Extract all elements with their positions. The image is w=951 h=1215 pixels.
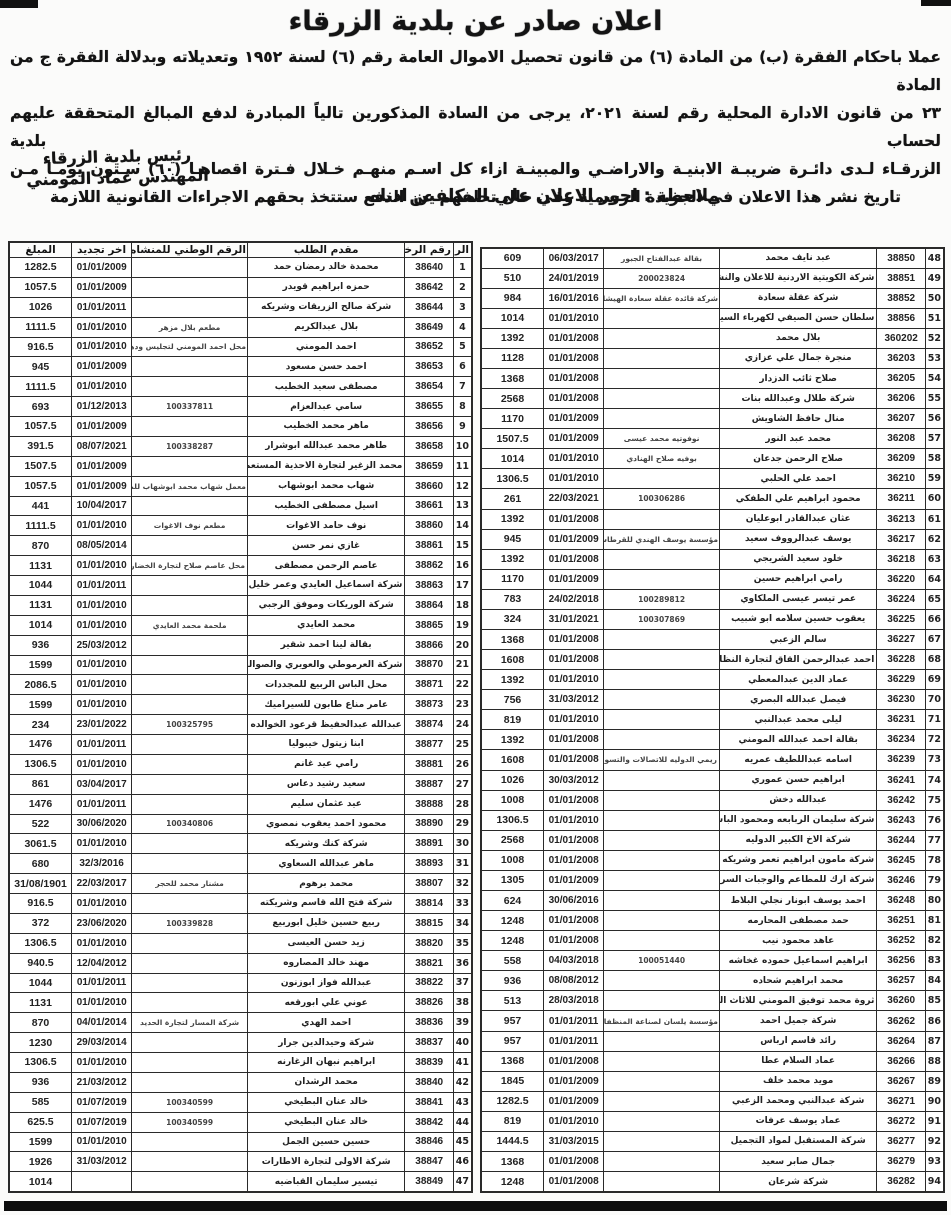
amount-due: 609: [481, 248, 544, 268]
applicant-name: احمد حسن مسعود: [247, 357, 404, 377]
amount-due: 261: [481, 489, 544, 509]
table-row: 7536242عبدالله دخش01/01/20081008: [481, 790, 944, 810]
applicant-name: حمزه ابراهيم قويدر: [247, 277, 404, 297]
amount-due: 1248: [481, 1172, 544, 1192]
applicant-name: محمدة خالد رمضان حمد: [247, 258, 404, 278]
last-renewal-date: 08/05/2014: [72, 536, 132, 556]
table-row: 2438874عبدالله عبدالحفيظ قرعود الخوالده1…: [9, 715, 472, 735]
row-number: 58: [925, 449, 944, 469]
row-number: 27: [453, 774, 472, 794]
last-renewal-date: 01/01/2011: [544, 1031, 604, 1051]
table-row: 838655سامي عبدالعزام10033781101/12/20136…: [9, 397, 472, 417]
applicant-name: ربيع حسين خليل ابوربيع: [247, 913, 404, 933]
last-renewal-date: [72, 1172, 132, 1192]
row-number: 60: [925, 489, 944, 509]
amount-due: 585: [9, 1092, 72, 1112]
taxpayer-tables: الرقم رقم الرخصة مقدم الطلب الرقم الوطني…: [8, 241, 945, 1193]
last-renewal-date: 01/01/2009: [544, 569, 604, 589]
row-number: 82: [925, 931, 944, 951]
applicant-name: عبدالله دخش: [719, 790, 876, 810]
amount-due: 1306.5: [9, 754, 72, 774]
last-renewal-date: 01/01/2010: [72, 754, 132, 774]
establishment-national-id: مؤسسة يلسان لصناعة المنظفات: [604, 1011, 720, 1031]
table-row: 1038658طاهر محمد عبدالله ابوشرار10033828…: [9, 436, 472, 456]
row-number: 8: [453, 397, 472, 417]
row-number: 22: [453, 675, 472, 695]
row-number: 15: [453, 536, 472, 556]
license-number: 36262: [877, 1011, 926, 1031]
row-number: 13: [453, 496, 472, 516]
table-row: 3438815ربيع حسين خليل ابوربيع10033982823…: [9, 913, 472, 933]
right-table-body: 138640محمدة خالد رمضان حمد01/01/20091282…: [9, 258, 472, 1193]
amount-due: 1392: [481, 670, 544, 690]
last-renewal-date: 01/01/2009: [72, 456, 132, 476]
amount-due: 1306.5: [9, 933, 72, 953]
table-row: 1838864شركة الوريكات وموفق الرجبي01/01/2…: [9, 595, 472, 615]
last-renewal-date: 01/01/2008: [544, 1152, 604, 1172]
license-number: 36246: [877, 870, 926, 890]
applicant-name: عبدالله فواز ابوزنون: [247, 973, 404, 993]
last-renewal-date: 21/03/2012: [72, 1072, 132, 1092]
establishment-national-id: [604, 670, 720, 690]
establishment-national-id: [132, 258, 248, 278]
table-row: 4538846حسين حسين الجمل01/01/20101599: [9, 1132, 472, 1152]
row-number: 26: [453, 754, 472, 774]
last-renewal-date: 01/01/2009: [544, 1071, 604, 1091]
establishment-national-id: [132, 894, 248, 914]
last-renewal-date: 01/01/2011: [72, 735, 132, 755]
establishment-national-id: [132, 635, 248, 655]
license-number: 38874: [405, 715, 454, 735]
applicant-name: شركة طلال وعبدالله بنات: [719, 389, 876, 409]
amount-due: 1305: [481, 870, 544, 890]
applicant-name: منجرة جمال علي عزازي: [719, 348, 876, 368]
last-renewal-date: 01/01/2008: [544, 509, 604, 529]
amount-due: 3061.5: [9, 834, 72, 854]
row-number: 38: [453, 993, 472, 1013]
amount-due: 945: [481, 529, 544, 549]
table-row: 7836245شركة مامون ابراهيم تعمر وشريكه01/…: [481, 850, 944, 870]
table-row: 6236217يوسف عبدالرووف سعيدمؤسسة يوسف اله…: [481, 529, 944, 549]
table-row: 3138893ماهر عبدالله السعاوي32/3/2016680: [9, 854, 472, 874]
applicant-name: خالد عنان البطيخي: [247, 1092, 404, 1112]
row-number: 24: [453, 715, 472, 735]
last-renewal-date: 03/04/2017: [72, 774, 132, 794]
license-number: 36248: [877, 891, 926, 911]
row-number: 32: [453, 874, 472, 894]
establishment-national-id: مؤسسة يوسف الهندي للقرطاسيه: [604, 529, 720, 549]
amount-due: 1392: [481, 328, 544, 348]
amount-due: 2568: [481, 389, 544, 409]
amount-due: 693: [9, 397, 72, 417]
row-number: 42: [453, 1072, 472, 1092]
table-row: 7136231ليلى محمد عبدالنبي01/01/2010819: [481, 710, 944, 730]
applicant-name: نوف حامد الاغوات: [247, 516, 404, 536]
table-row: 7736244شركة الاخ الكبير الدوليه01/01/200…: [481, 830, 944, 850]
establishment-national-id: 100340599: [132, 1092, 248, 1112]
establishment-national-id: [604, 1031, 720, 1051]
page-title: اعلان صادر عن بلدية الزرقاء: [10, 6, 941, 37]
license-number: 36217: [877, 529, 926, 549]
amount-due: 624: [481, 891, 544, 911]
last-renewal-date: 01/01/2008: [544, 348, 604, 368]
applicant-name: شركة سليمان الربابعه ومحمود الباش: [719, 810, 876, 830]
last-renewal-date: 01/01/2010: [544, 670, 604, 690]
applicant-name: شركة فتح الله قاسم وشريكته: [247, 894, 404, 914]
table-row: 7436241ابراهيم حسن عموري30/03/20121026: [481, 770, 944, 790]
table-row: 3638821مهند خالد المصاروه12/04/2012940.5: [9, 953, 472, 973]
license-number: 38837: [405, 1033, 454, 1053]
announcement-header: اعلان صادر عن بلدية الزرقاء عملا باحكام …: [0, 0, 951, 240]
amount-due: 936: [9, 1072, 72, 1092]
table-row: 9036271شركة عبدالنبي ومحمد الزعبي01/01/2…: [481, 1091, 944, 1111]
table-row: 3838826عوني علي ابورقعه01/01/20101131: [9, 993, 472, 1013]
row-number: 63: [925, 549, 944, 569]
license-number: 38821: [405, 953, 454, 973]
establishment-national-id: [604, 891, 720, 911]
table-row: 5138856سلطان حسن الصيفي لكهرباء السيارات…: [481, 308, 944, 328]
amount-due: 391.5: [9, 436, 72, 456]
header-applicant-name: مقدم الطلب: [247, 242, 404, 258]
last-renewal-date: 30/06/2020: [72, 814, 132, 834]
applicant-name: تيسير سليمان القباضيه: [247, 1172, 404, 1192]
table-row: 1938865محمد العايديملحمة محمد العايدي01/…: [9, 615, 472, 635]
license-number: 36203: [877, 348, 926, 368]
table-row: 2038866بقالة لينا احمد شقير25/03/2012936: [9, 635, 472, 655]
license-number: 38652: [405, 337, 454, 357]
header-row-number: الرقم: [453, 242, 472, 258]
amount-due: 1476: [9, 794, 72, 814]
establishment-national-id: [132, 377, 248, 397]
applicant-name: عوني علي ابورقعه: [247, 993, 404, 1013]
table-row: 2738887سعيد رشيد دعاس03/04/2017861: [9, 774, 472, 794]
table-row: 7936246شركة ارك للمطاعم والوجبات السريعه…: [481, 870, 944, 890]
row-number: 83: [925, 951, 944, 971]
amount-due: 783: [481, 589, 544, 609]
applicant-name: مصطفى سعيد الخطيب: [247, 377, 404, 397]
table-row: 138640محمدة خالد رمضان حمد01/01/20091282…: [9, 258, 472, 278]
applicant-name: شركة شرعان: [719, 1172, 876, 1192]
last-renewal-date: 01/01/2009: [544, 409, 604, 429]
applicant-name: اسامه عبداللطيف عمريه: [719, 750, 876, 770]
row-number: 88: [925, 1051, 944, 1071]
table-row: 8036248احمد يوسف ابونار نجلي البلاط30/06…: [481, 891, 944, 911]
last-renewal-date: 01/01/2010: [72, 655, 132, 675]
establishment-national-id: [604, 770, 720, 790]
last-renewal-date: 01/01/2009: [544, 529, 604, 549]
row-number: 44: [453, 1112, 472, 1132]
license-number: 38887: [405, 774, 454, 794]
amount-due: 1368: [481, 1152, 544, 1172]
applicant-name: سعيد رشيد دعاس: [247, 774, 404, 794]
establishment-national-id: [604, 810, 720, 830]
license-number: 36260: [877, 991, 926, 1011]
table-row: 9136272عماد يوسف عرفات01/01/2010819: [481, 1111, 944, 1131]
license-number: 36224: [877, 589, 926, 609]
establishment-national-id: مطعم بلال مزهر: [132, 317, 248, 337]
applicant-name: عبد نايف محمد: [719, 248, 876, 268]
amount-due: 558: [481, 951, 544, 971]
last-renewal-date: 16/01/2016: [544, 288, 604, 308]
applicant-name: مويد محمد خلف: [719, 1071, 876, 1091]
applicant-name: عامر مناع طابون للسيراميك: [247, 695, 404, 715]
row-number: 69: [925, 670, 944, 690]
last-renewal-date: 01/01/2010: [72, 556, 132, 576]
last-renewal-date: 01/01/2010: [72, 675, 132, 695]
establishment-national-id: بوفيه صلاح الهنادي: [604, 449, 720, 469]
last-renewal-date: 01/01/2008: [544, 850, 604, 870]
table-row: 1338661اسيل مصطفى الخطيب10/04/2017441: [9, 496, 472, 516]
establishment-national-id: معمل شهاب محمد ابوشهاب للمصل: [132, 476, 248, 496]
amount-due: 522: [9, 814, 72, 834]
table-row: 638653احمد حسن مسعود01/01/2009945: [9, 357, 472, 377]
applicant-name: ابراهيم اسماعيل حموده غخاشه: [719, 951, 876, 971]
row-number: 76: [925, 810, 944, 830]
table-row: 438649بلال عبدالكريممطعم بلال مزهر01/01/…: [9, 317, 472, 337]
license-number: 38661: [405, 496, 454, 516]
applicant-name: بقالة لينا احمد شقير: [247, 635, 404, 655]
table-row: 3238807محمد برهوممشنار محمد للحجر22/03/2…: [9, 874, 472, 894]
license-number: 36257: [877, 971, 926, 991]
establishment-national-id: [132, 1132, 248, 1152]
applicant-name: ليلى محمد عبدالنبي: [719, 710, 876, 730]
license-number: 360202: [877, 328, 926, 348]
last-renewal-date: 01/01/2008: [544, 730, 604, 750]
applicant-name: شركة الاولى لتجارة الاطارات: [247, 1152, 404, 1172]
last-renewal-date: 01/01/2008: [544, 1172, 604, 1192]
applicant-name: عماد الدين عبدالمعطي: [719, 670, 876, 690]
applicant-name: احمد علي الحلبي: [719, 469, 876, 489]
license-number: 36218: [877, 549, 926, 569]
applicant-name: عاصم الرحمن مصطفى: [247, 556, 404, 576]
establishment-national-id: [132, 655, 248, 675]
left-table-body: 4838850عبد نايف محمدبقالة عبدالفتاح الجب…: [481, 248, 944, 1192]
last-renewal-date: 31/03/2012: [544, 690, 604, 710]
row-number: 92: [925, 1131, 944, 1151]
establishment-national-id: [132, 695, 248, 715]
applicant-name: شركة وحيدالدين جرار: [247, 1033, 404, 1053]
applicant-name: احمد الهدي: [247, 1013, 404, 1033]
applicant-name: محل الباس الربيع للمجددات: [247, 675, 404, 695]
license-number: 38649: [405, 317, 454, 337]
license-number: 38658: [405, 436, 454, 456]
amount-due: 2086.5: [9, 675, 72, 695]
last-renewal-date: 22/03/2021: [544, 489, 604, 509]
establishment-national-id: [604, 830, 720, 850]
establishment-national-id: 100325795: [132, 715, 248, 735]
table-row: 3338814شركة فتح الله قاسم وشريكته01/01/2…: [9, 894, 472, 914]
row-number: 34: [453, 913, 472, 933]
row-number: 70: [925, 690, 944, 710]
amount-due: 513: [481, 991, 544, 1011]
applicant-name: رائد قاسم ارباس: [719, 1031, 876, 1051]
table-row: 7236234بقالة احمد عبدالله المومني01/01/2…: [481, 730, 944, 750]
applicant-name: شركة اسماعيل العايدي وعمر خليل: [247, 576, 404, 596]
amount-due: 1368: [481, 629, 544, 649]
amount-due: 1026: [9, 297, 72, 317]
applicant-name: شركة ارك للمطاعم والوجبات السريعه: [719, 870, 876, 890]
amount-due: 1170: [481, 569, 544, 589]
row-number: 9: [453, 417, 472, 437]
applicant-name: حمد مصطفى المحارمه: [719, 911, 876, 931]
last-renewal-date: 01/01/2010: [72, 1132, 132, 1152]
table-row: 4138839ابراهيم نبهان الزغارنه01/01/20101…: [9, 1053, 472, 1073]
row-number: 2: [453, 277, 472, 297]
row-number: 52: [925, 328, 944, 348]
establishment-national-id: [604, 971, 720, 991]
license-number: 36210: [877, 469, 926, 489]
establishment-national-id: 100337811: [132, 397, 248, 417]
applicant-name: شركة عبدالنبي ومحمد الزعبي: [719, 1091, 876, 1111]
table-row: 8836266عماد السلام عطا01/01/20081368: [481, 1051, 944, 1071]
license-number: 38856: [877, 308, 926, 328]
last-renewal-date: 23/01/2022: [72, 715, 132, 735]
license-number: 38814: [405, 894, 454, 914]
amount-due: 441: [9, 496, 72, 516]
applicant-name: عماد السلام عطا: [719, 1051, 876, 1071]
license-number: 38881: [405, 754, 454, 774]
amount-due: 984: [481, 288, 544, 308]
license-number: 38654: [405, 377, 454, 397]
amount-due: 1057.5: [9, 417, 72, 437]
table-row: 8236252عاهد محمود نيب01/01/20081248: [481, 931, 944, 951]
license-number: 36272: [877, 1111, 926, 1131]
row-number: 3: [453, 297, 472, 317]
last-renewal-date: 01/01/2011: [72, 576, 132, 596]
last-renewal-date: 01/01/2010: [72, 695, 132, 715]
amount-due: 1306.5: [9, 1053, 72, 1073]
row-number: 45: [453, 1132, 472, 1152]
row-number: 79: [925, 870, 944, 890]
last-renewal-date: 31/01/2021: [544, 609, 604, 629]
establishment-national-id: [604, 1152, 720, 1172]
row-number: 17: [453, 576, 472, 596]
license-number: 38820: [405, 933, 454, 953]
last-renewal-date: 01/01/2010: [72, 377, 132, 397]
amount-due: 1008: [481, 790, 544, 810]
last-renewal-date: 01/01/2008: [544, 629, 604, 649]
license-number: 38839: [405, 1053, 454, 1073]
applicant-name: زيد حسن العيسى: [247, 933, 404, 953]
establishment-national-id: [132, 576, 248, 596]
row-number: 51: [925, 308, 944, 328]
table-row: 1638862عاصم الرحمن مصطفىمحل عاصم صلاح لت…: [9, 556, 472, 576]
row-number: 41: [453, 1053, 472, 1073]
applicant-name: رامي عيد غانم: [247, 754, 404, 774]
establishment-national-id: 100340806: [132, 814, 248, 834]
amount-due: 819: [481, 1111, 544, 1131]
license-number: 38865: [405, 615, 454, 635]
applicant-name: احمد يوسف ابونار نجلي البلاط: [719, 891, 876, 911]
row-number: 80: [925, 891, 944, 911]
license-number: 38870: [405, 655, 454, 675]
establishment-national-id: [604, 850, 720, 870]
table-row: 6936229عماد الدين عبدالمعطي01/01/2010139…: [481, 670, 944, 690]
last-renewal-date: 23/06/2020: [72, 913, 132, 933]
amount-due: 936: [9, 635, 72, 655]
row-number: 10: [453, 436, 472, 456]
license-number: 36241: [877, 770, 926, 790]
applicant-name: بلال عبدالكريم: [247, 317, 404, 337]
establishment-national-id: شركة قائدة عقلة سعادة الهيشان: [604, 288, 720, 308]
last-renewal-date: 04/03/2018: [544, 951, 604, 971]
last-renewal-date: 01/01/2008: [544, 750, 604, 770]
table-row: 4338841خالد عنان البطيخي10034059901/07/2…: [9, 1092, 472, 1112]
amount-due: 1057.5: [9, 277, 72, 297]
row-number: 84: [925, 971, 944, 991]
table-row: 338644شركة صالح الزريقات وشريكه01/01/201…: [9, 297, 472, 317]
license-number: 38851: [877, 268, 926, 288]
license-number: 38866: [405, 635, 454, 655]
license-number: 38836: [405, 1013, 454, 1033]
amount-due: 1014: [9, 615, 72, 635]
row-number: 14: [453, 516, 472, 536]
table-row: 6336218خلود سعيد الشريجي01/01/20081392: [481, 549, 944, 569]
last-renewal-date: 01/01/2010: [72, 516, 132, 536]
table-row: 3938836احمد الهديشركة المسار لتجارة الحد…: [9, 1013, 472, 1033]
row-number: 53: [925, 348, 944, 368]
last-renewal-date: 01/01/2010: [72, 993, 132, 1013]
last-renewal-date: 31/03/2012: [72, 1152, 132, 1172]
table-row: 2938890محمود احمد يعقوب نمصوي10034080630…: [9, 814, 472, 834]
row-number: 29: [453, 814, 472, 834]
amount-due: 1507.5: [481, 429, 544, 449]
amount-due: 1026: [481, 770, 544, 790]
license-number: 38807: [405, 874, 454, 894]
amount-due: 1248: [481, 911, 544, 931]
row-number: 31: [453, 854, 472, 874]
table-row: 4038837شركة وحيدالدين جرار29/03/20141230: [9, 1033, 472, 1053]
table-row: 2138870شركة العرموطي والعويري والصوالحه0…: [9, 655, 472, 675]
body-line-1: عملا باحكام الفقرة (ب) من المادة (٦) من …: [10, 43, 941, 99]
row-number: 64: [925, 569, 944, 589]
table-row: 8636262شركة جميل احمدمؤسسة يلسان لصناعة …: [481, 1011, 944, 1031]
table-row: 238642حمزه ابراهيم قويدر01/01/20091057.5: [9, 277, 472, 297]
last-renewal-date: 01/07/2019: [72, 1092, 132, 1112]
applicant-name: محمد الزغير لتجارة الاحذية المستعمله: [247, 456, 404, 476]
amount-due: 1599: [9, 1132, 72, 1152]
establishment-national-id: [132, 297, 248, 317]
license-number: 38642: [405, 277, 454, 297]
table-row: 2838888عيد عثمان سليم01/01/20111476: [9, 794, 472, 814]
amount-due: 819: [481, 710, 544, 730]
establishment-national-id: [132, 496, 248, 516]
table-row: 4638847شركة الاولى لتجارة الاطارات31/03/…: [9, 1152, 472, 1172]
amount-due: 1368: [481, 1051, 544, 1071]
amount-due: 1368: [481, 368, 544, 388]
amount-due: 945: [9, 357, 72, 377]
row-number: 55: [925, 389, 944, 409]
establishment-national-id: [604, 348, 720, 368]
right-table-column: الرقم رقم الرخصة مقدم الطلب الرقم الوطني…: [8, 241, 473, 1193]
license-number: 36282: [877, 1172, 926, 1192]
establishment-national-id: [604, 308, 720, 328]
applicant-name: خلود سعيد الشريجي: [719, 549, 876, 569]
last-renewal-date: 01/01/2008: [544, 1051, 604, 1071]
applicant-name: فيصل عبدالله البصري: [719, 690, 876, 710]
establishment-national-id: [604, 931, 720, 951]
table-row: 9436282شركة شرعان01/01/20081248: [481, 1172, 944, 1192]
establishment-national-id: [132, 357, 248, 377]
last-renewal-date: 01/01/2009: [544, 870, 604, 890]
table-row: 6436220رامي ابراهيم حسين01/01/20091170: [481, 569, 944, 589]
table-row: 2238871محل الباس الربيع للمجددات01/01/20…: [9, 675, 472, 695]
establishment-national-id: نوفوتيه محمد عيسى: [604, 429, 720, 449]
establishment-national-id: [604, 389, 720, 409]
last-renewal-date: 01/01/2010: [72, 894, 132, 914]
row-number: 61: [925, 509, 944, 529]
last-renewal-date: 01/01/2010: [544, 1111, 604, 1131]
